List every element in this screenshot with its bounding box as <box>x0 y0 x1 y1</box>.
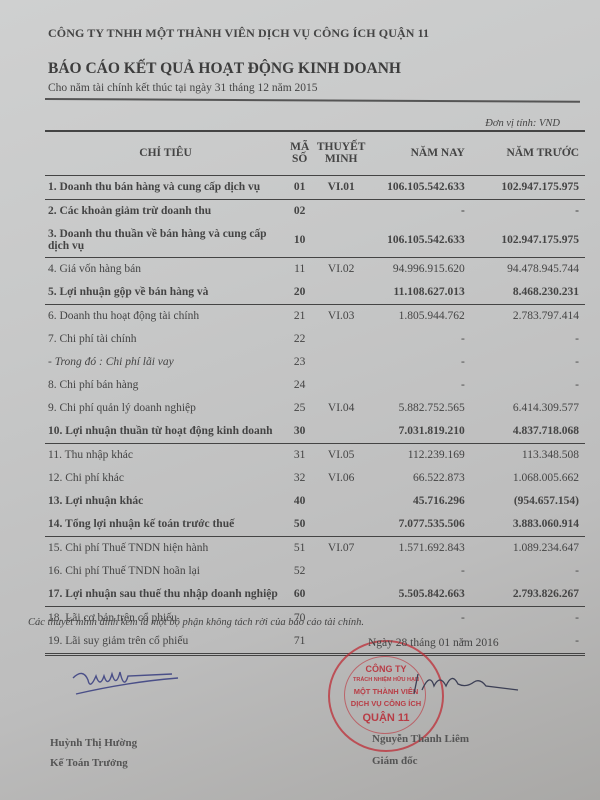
accountant-title: Kế Toán Trưởng <box>50 757 128 769</box>
row-item: 1. Doanh thu bán hàng và cung cấp dịch v… <box>45 175 283 199</box>
row-item: 3. Doanh thu thuần về bán hàng và cung c… <box>45 223 283 258</box>
row-note: VI.07 <box>316 536 366 560</box>
row-previous-year: 113.348.508 <box>473 443 585 467</box>
row-note <box>316 199 366 223</box>
table-row: 12. Chi phí khác32VI.0666.522.8731.068.0… <box>45 467 585 490</box>
row-item: 8. Chi phí bán hàng <box>45 374 283 397</box>
row-code: 01 <box>283 175 316 199</box>
row-current-year: 94.996.915.620 <box>366 257 473 281</box>
row-previous-year: - <box>473 328 585 351</box>
table-row: 16. Chi phí Thuế TNDN hoãn lại52-- <box>45 560 585 583</box>
row-item: 11. Thu nhập khác <box>45 443 283 467</box>
row-note: VI.03 <box>316 304 366 328</box>
col-header-item: CHỈ TIÊU <box>45 131 283 175</box>
row-item: 5. Lợi nhuận gộp về bán hàng và <box>45 281 283 305</box>
row-current-year: - <box>366 199 473 223</box>
row-code: 23 <box>283 351 316 374</box>
row-current-year: - <box>366 374 473 397</box>
accountant-name: Huỳnh Thị Hường <box>50 737 137 749</box>
row-previous-year: 102.947.175.975 <box>473 175 585 199</box>
col-header-note: THUYẾT MINH <box>316 131 366 175</box>
row-note: VI.04 <box>316 397 366 420</box>
row-code: 30 <box>283 420 316 444</box>
row-current-year: 7.031.819.210 <box>366 420 473 444</box>
row-code: 21 <box>283 304 316 328</box>
col-header-code: MÃ SỐ <box>283 131 316 175</box>
table-row: 6. Doanh thu hoạt động tài chính21VI.031… <box>45 304 585 328</box>
row-code: 52 <box>283 560 316 583</box>
row-current-year: 1.571.692.843 <box>366 536 473 560</box>
row-code: 31 <box>283 443 316 467</box>
table-row: 11. Thu nhập khác31VI.05112.239.169113.3… <box>45 443 585 467</box>
row-note <box>316 560 366 583</box>
row-previous-year: - <box>473 374 585 397</box>
table-row: 4. Giá vốn hàng bán11VI.0294.996.915.620… <box>45 257 585 281</box>
report-period: Cho năm tài chính kết thúc tại ngày 31 t… <box>48 82 318 94</box>
col-header-current-year: NĂM NAY <box>366 131 473 175</box>
row-note: VI.01 <box>316 175 366 199</box>
row-previous-year: - <box>473 199 585 223</box>
header-divider <box>45 98 580 102</box>
row-note: VI.06 <box>316 467 366 490</box>
row-code: 02 <box>283 199 316 223</box>
row-item: 12. Chi phí khác <box>45 467 283 490</box>
director-title: Giám đốc <box>372 755 418 767</box>
row-previous-year: 2.783.797.414 <box>473 304 585 328</box>
row-previous-year: 6.414.309.577 <box>473 397 585 420</box>
row-code: 24 <box>283 374 316 397</box>
row-note <box>316 223 366 258</box>
row-current-year: 5.882.752.565 <box>366 397 473 420</box>
row-note <box>316 281 366 305</box>
income-statement-table: CHỈ TIÊU MÃ SỐ THUYẾT MINH NĂM NAY NĂM T… <box>45 130 585 656</box>
row-current-year: 11.108.627.013 <box>366 281 473 305</box>
row-item: 4. Giá vốn hàng bán <box>45 257 283 281</box>
row-item: 14. Tổng lợi nhuận kế toán trước thuế <box>45 513 283 537</box>
table-row: 1. Doanh thu bán hàng và cung cấp dịch v… <box>45 175 585 199</box>
director-signature <box>410 668 520 698</box>
accountant-signature <box>68 668 188 708</box>
row-previous-year: 8.468.230.231 <box>473 281 585 305</box>
row-code: 10 <box>283 223 316 258</box>
col-header-previous-year: NĂM TRƯỚC <box>473 131 585 175</box>
row-code: 40 <box>283 490 316 513</box>
footnote: Các thuyết minh đính kèm là một bộ phận … <box>28 617 364 628</box>
row-note <box>316 374 366 397</box>
row-code: 71 <box>283 630 316 655</box>
row-note: VI.05 <box>316 443 366 467</box>
row-current-year: 7.077.535.506 <box>366 513 473 537</box>
row-current-year: 5.505.842.663 <box>366 583 473 607</box>
row-previous-year: 1.089.234.647 <box>473 536 585 560</box>
row-current-year: - <box>366 606 473 630</box>
row-item: 17. Lợi nhuận sau thuế thu nhập doanh ng… <box>45 583 283 607</box>
row-current-year: 106.105.542.633 <box>366 223 473 258</box>
row-current-year: 66.522.873 <box>366 467 473 490</box>
table-row: 17. Lợi nhuận sau thuế thu nhập doanh ng… <box>45 583 585 607</box>
row-current-year: 112.239.169 <box>366 443 473 467</box>
row-code: 22 <box>283 328 316 351</box>
row-note <box>316 328 366 351</box>
row-previous-year: - <box>473 606 585 630</box>
row-current-year: 106.105.542.633 <box>366 175 473 199</box>
table-row: 3. Doanh thu thuần về bán hàng và cung c… <box>45 223 585 258</box>
row-item: 16. Chi phí Thuế TNDN hoãn lại <box>45 560 283 583</box>
table-row: 14. Tổng lợi nhuận kế toán trước thuế507… <box>45 513 585 537</box>
row-previous-year: 102.947.175.975 <box>473 223 585 258</box>
row-current-year: 45.716.296 <box>366 490 473 513</box>
company-name: CÔNG TY TNHH MỘT THÀNH VIÊN DỊCH VỤ CÔNG… <box>48 26 429 41</box>
row-note <box>316 513 366 537</box>
row-item: 15. Chi phí Thuế TNDN hiện hành <box>45 536 283 560</box>
table-row: 8. Chi phí bán hàng24-- <box>45 374 585 397</box>
row-previous-year: 94.478.945.744 <box>473 257 585 281</box>
row-item: 10. Lợi nhuận thuần từ hoạt động kinh do… <box>45 420 283 444</box>
row-item: - Trong đó : Chi phí lãi vay <box>45 351 283 374</box>
row-code: 11 <box>283 257 316 281</box>
row-current-year: - <box>366 351 473 374</box>
table-row: 9. Chi phí quản lý doanh nghiệp25VI.045.… <box>45 397 585 420</box>
row-previous-year: - <box>473 560 585 583</box>
row-previous-year: (954.657.154) <box>473 490 585 513</box>
table-row: 19. Lãi suy giảm trên cổ phiếu71-- <box>45 630 585 655</box>
director-name: Nguyễn Thanh Liêm <box>372 733 469 745</box>
currency-unit: Đơn vị tính: VND <box>485 118 560 129</box>
row-item: 2. Các khoản giảm trừ doanh thu <box>45 199 283 223</box>
row-previous-year: 2.793.826.267 <box>473 583 585 607</box>
row-previous-year: - <box>473 351 585 374</box>
row-code: 50 <box>283 513 316 537</box>
row-code: 20 <box>283 281 316 305</box>
table-row: 13. Lợi nhuận khác4045.716.296(954.657.1… <box>45 490 585 513</box>
signing-date: Ngày 28 tháng 01 năm 2016 <box>368 637 499 649</box>
table-row: 2. Các khoản giảm trừ doanh thu02-- <box>45 199 585 223</box>
row-note <box>316 351 366 374</box>
row-current-year: - <box>366 328 473 351</box>
row-code: 32 <box>283 467 316 490</box>
table-row: 10. Lợi nhuận thuần từ hoạt động kinh do… <box>45 420 585 444</box>
row-item: 9. Chi phí quản lý doanh nghiệp <box>45 397 283 420</box>
row-item: 13. Lợi nhuận khác <box>45 490 283 513</box>
row-note <box>316 490 366 513</box>
row-previous-year: 1.068.005.662 <box>473 467 585 490</box>
row-current-year: - <box>366 560 473 583</box>
row-code: 51 <box>283 536 316 560</box>
row-current-year: 1.805.944.762 <box>366 304 473 328</box>
row-code: 25 <box>283 397 316 420</box>
row-note <box>316 583 366 607</box>
row-item: 7. Chi phí tài chính <box>45 328 283 351</box>
table-row: 7. Chi phí tài chính22-- <box>45 328 585 351</box>
row-note <box>316 420 366 444</box>
report-title: BÁO CÁO KẾT QUẢ HOẠT ĐỘNG KINH DOANH <box>48 60 401 78</box>
row-item: 19. Lãi suy giảm trên cổ phiếu <box>45 630 283 655</box>
row-previous-year: 3.883.060.914 <box>473 513 585 537</box>
row-previous-year: 4.837.718.068 <box>473 420 585 444</box>
row-item: 6. Doanh thu hoạt động tài chính <box>45 304 283 328</box>
table-row: 5. Lợi nhuận gộp về bán hàng và2011.108.… <box>45 281 585 305</box>
table-row: 15. Chi phí Thuế TNDN hiện hành51VI.071.… <box>45 536 585 560</box>
table-row: - Trong đó : Chi phí lãi vay23-- <box>45 351 585 374</box>
row-note: VI.02 <box>316 257 366 281</box>
row-code: 60 <box>283 583 316 607</box>
table-header: CHỈ TIÊU MÃ SỐ THUYẾT MINH NĂM NAY NĂM T… <box>45 131 585 175</box>
